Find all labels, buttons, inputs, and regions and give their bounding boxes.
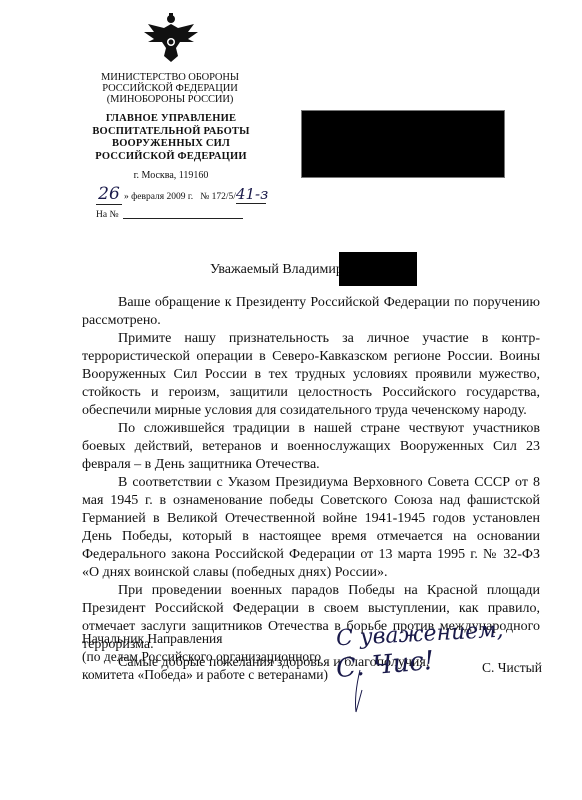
signer-title-line: Начальник Направления [82, 630, 328, 648]
department-line: ВОСПИТАТЕЛЬНОЙ РАБОТЫ [80, 126, 262, 139]
signer-title-line: комитета «Победа» и работе с ветеранами) [82, 666, 328, 684]
ministry-line: (МИНОБОРОНЫ РОССИИ) [80, 94, 260, 105]
signer-name: С. Чистый [482, 660, 542, 676]
document-number-handwritten: 41-з [236, 185, 266, 204]
redacted-recipient-name [339, 252, 417, 286]
signature-flourish-icon [340, 640, 380, 725]
ministry-line: РОССИЙСКОЙ ФЕДЕРАЦИИ [80, 83, 260, 94]
reference-blank [123, 218, 243, 219]
paragraph: По сложившейся традиции в нашей стране ч… [82, 420, 540, 474]
date-line: 26» февраля 2009 г. № 172/5/41-з [96, 184, 266, 205]
greeting: Уважаемый Владимир [210, 262, 343, 278]
date-month-year: » февраля 2009 г. [124, 192, 193, 202]
paragraph: В соответствии с Указом Президиума Верхо… [82, 474, 540, 582]
reference-line: На № [96, 210, 243, 220]
ministry-header: МИНИСТЕРСТВО ОБОРОНЫ РОССИЙСКОЙ ФЕДЕРАЦИ… [80, 72, 260, 105]
department-line: ВООРУЖЕННЫХ СИЛ [80, 138, 262, 151]
redacted-address-block [301, 110, 505, 178]
signer-title: Начальник Направления (по делам Российск… [82, 630, 328, 684]
document-number-label: № 172/5/ [200, 192, 236, 202]
double-headed-eagle-emblem-icon [140, 12, 202, 64]
ministry-line: МИНИСТЕРСТВО ОБОРОНЫ [80, 72, 260, 83]
date-day-handwritten: 26 [96, 184, 122, 205]
reference-label: На № [96, 210, 119, 220]
city-address: г. Москва, 119160 [80, 170, 262, 181]
signer-title-line: (по делам Российского организационного [82, 648, 328, 666]
department-line: ГЛАВНОЕ УПРАВЛЕНИЕ [80, 113, 262, 126]
department-line: РОССИЙСКОЙ ФЕДЕРАЦИИ [80, 151, 262, 164]
department-header: ГЛАВНОЕ УПРАВЛЕНИЕ ВОСПИТАТЕЛЬНОЙ РАБОТЫ… [80, 113, 262, 163]
letter-body: Ваше обращение к Президенту Российской Ф… [82, 294, 540, 672]
paragraph: Примите нашу признательность за личное у… [82, 330, 540, 420]
paragraph: Ваше обращение к Президенту Российской Ф… [82, 294, 540, 330]
